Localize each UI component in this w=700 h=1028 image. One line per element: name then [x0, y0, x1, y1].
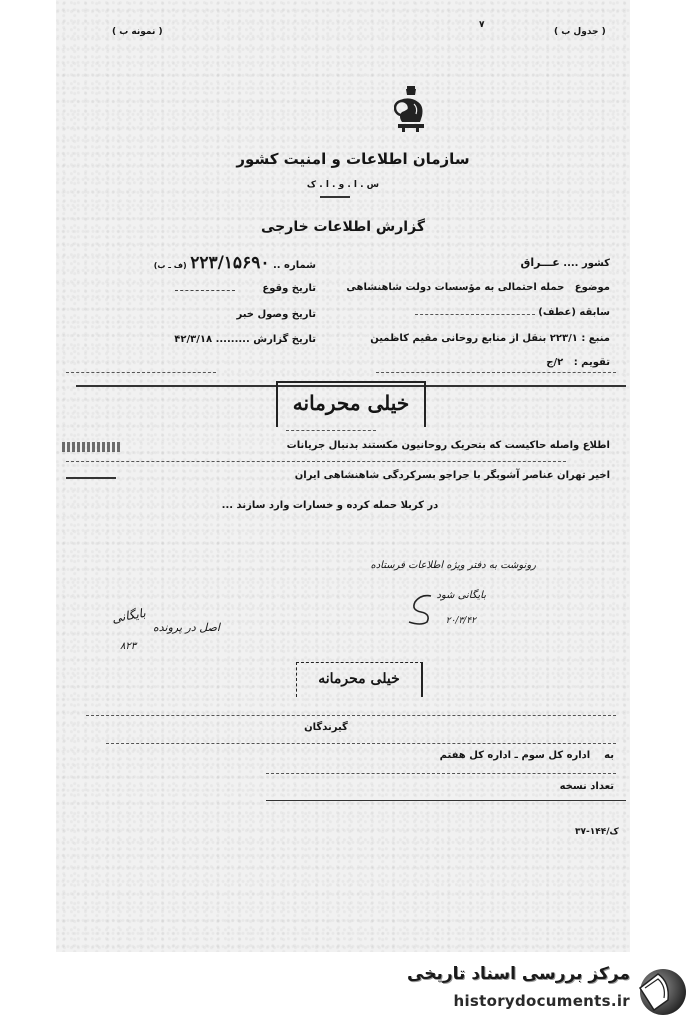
watermark-url: historydocuments.ir — [453, 992, 630, 1010]
lion-and-sun-emblem-icon — [394, 86, 428, 134]
evaluation-field: تقویم : ۲/ج — [370, 357, 610, 368]
body-line-2: اخیر تهران عناصر آشوبگر با جراجو بسرکردگ… — [130, 470, 610, 481]
source-value: ۲۲۳/۱ بنقل از منابع روحانی مقیم کاظمین — [370, 333, 578, 344]
source-label: منبع : — [581, 333, 610, 344]
subject-label: موضوع — [575, 282, 610, 293]
number-code: (ف ـ ب) — [154, 261, 187, 270]
scanned-document-page: ( نمونه ب ) ( جدول ب ) ۷ سازمان اطلاعات … — [56, 0, 630, 952]
recipients-field: به اداره کل سوم ـ اداره کل هفتم — [214, 750, 614, 761]
country-label: کشور — [582, 258, 610, 269]
receipt-date-label: تاریخ وصول خبر — [236, 309, 316, 320]
recipients-label: گیرندگان — [286, 722, 366, 733]
handwritten-left-note-number: ۸۲۳ — [120, 641, 136, 652]
source-field: منبع : ۲۲۳/۱ بنقل از منابع روحانی مقیم ک… — [270, 333, 610, 344]
form-code: ۳۷-۱۴۴/ک — [575, 827, 619, 837]
number-field: شماره .. ۲۲۳/۱۵۶۹۰ (ف ـ ب) — [116, 253, 316, 273]
country-value: عـــراق — [521, 256, 560, 269]
handwritten-left-note-1: اصل در پرونده — [140, 621, 220, 634]
organization-abbreviation: س . ا . و . ا . ک — [56, 180, 630, 190]
subject-value: حمله احتمالی به مؤسسات دولت شاهنشاهی — [346, 282, 564, 293]
country-field: کشور .... عـــراق — [370, 256, 610, 269]
reference-field: سابقه (عطف) — [370, 307, 610, 318]
number-label: شماره — [284, 260, 316, 271]
event-date-label: تاریخ وقوع — [262, 283, 316, 294]
recipients-value: اداره کل سوم ـ اداره کل هفتم — [440, 750, 591, 761]
classification-stamp-text: خیلی محرمانه — [278, 383, 424, 423]
recipients-prefix: به — [604, 750, 614, 761]
handwritten-note-line-1: رونوشت به دفتر ویژه اطلاعات فرستاده — [316, 560, 536, 571]
classification-stamp: خیلی محرمانه — [276, 381, 426, 427]
signature-mark — [401, 592, 441, 628]
subject-field: موضوع حمله احتمالی به مؤسسات دولت شاهنشا… — [270, 282, 610, 293]
report-title: گزارش اطلاعات خارجی — [56, 219, 630, 235]
form-type-label: ( نمونه ب ) — [112, 27, 163, 37]
receipt-date-field: تاریخ وصول خبر — [116, 309, 316, 320]
report-date-value: ۴۲/۳/۱۸ — [174, 334, 212, 345]
classification-stamp-bottom-text: خیلی محرمانه — [297, 663, 421, 695]
body-line-1: اطلاع واصله حاکیست که بتحریک روحانیون مک… — [130, 440, 610, 451]
organization-name: سازمان اطلاعات و امنیت کشور — [56, 150, 640, 168]
report-date-label: تاریخ گزارش — [253, 334, 316, 345]
number-value: ۲۲۳/۱۵۶۹۰ — [190, 253, 269, 273]
watermark-title: مرکز بررسی اسناد تاریخی — [407, 964, 630, 984]
evaluation-value: ۲/ج — [546, 357, 563, 368]
event-date-field: تاریخ وقوع — [116, 283, 316, 294]
reference-label: سابقه (عطف) — [538, 307, 610, 318]
handwritten-left-note-2: بایگانی — [73, 606, 146, 632]
classification-stamp-bottom: خیلی محرمانه — [296, 662, 423, 697]
redaction-mark — [62, 442, 122, 452]
body-line-3: در کربلا حمله کرده و خسارات وارد سازند .… — [10, 500, 570, 511]
report-date-field: تاریخ گزارش ......... ۴۲/۳/۱۸ — [116, 334, 316, 345]
document-archive-logo-icon — [636, 966, 686, 1018]
watermark: مرکز بررسی اسناد تاریخی historydocuments… — [412, 962, 692, 1022]
table-type-label: ( جدول ب ) — [554, 27, 606, 37]
handwritten-note-date: ۲۰/۳/۴۲ — [436, 616, 476, 626]
page-mark: ۷ — [479, 20, 485, 30]
copies-label: تعداد نسخه — [514, 781, 614, 792]
evaluation-label: تقویم : — [574, 357, 610, 368]
